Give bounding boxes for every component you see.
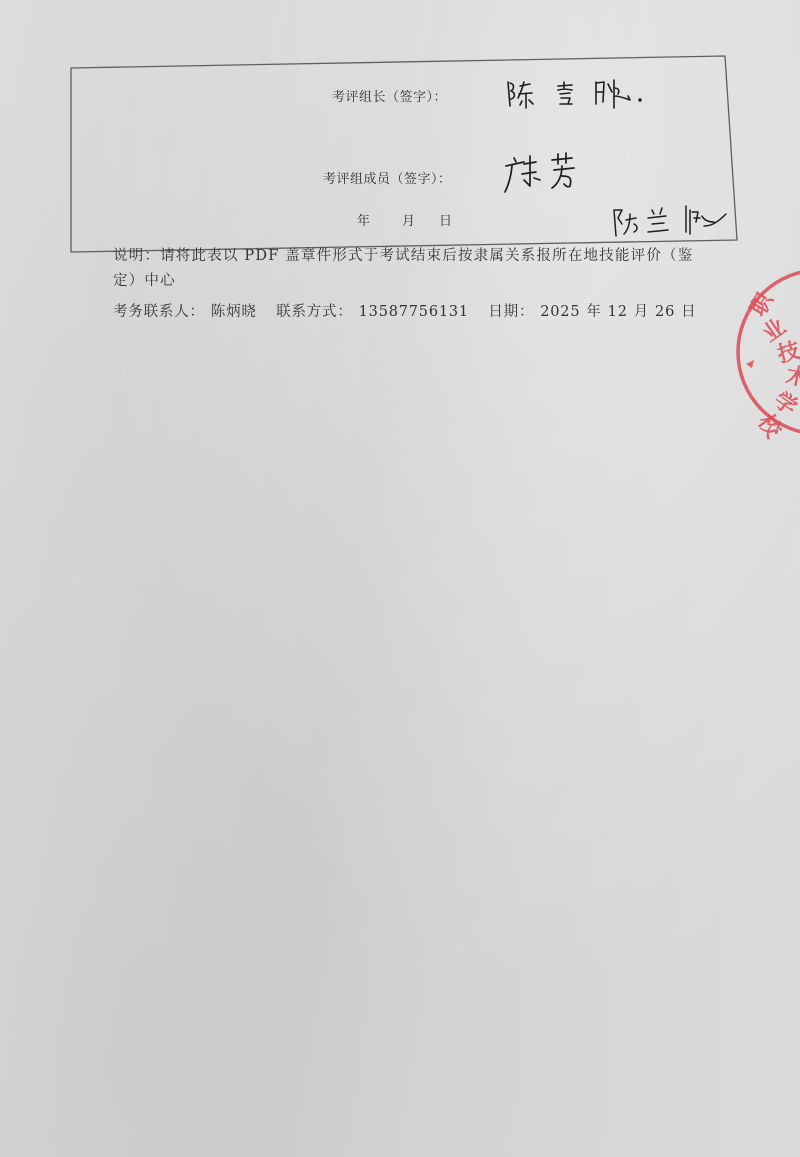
contact-line: 考务联系人：陈炳晓 联系方式：13587756131 日期：2025年12月26… (113, 300, 702, 321)
svg-text:术: 术 (783, 362, 800, 392)
date-year-label: 年 (357, 210, 371, 229)
contact-date-month: 12 (608, 304, 628, 320)
contact-date-label: 日期： (488, 304, 534, 320)
contact-date-month-unit: 月 (634, 304, 649, 320)
svg-text:职: 职 (745, 288, 779, 321)
svg-text:业: 业 (758, 314, 791, 348)
members-signature-label: 考评组成员（签字）： (323, 168, 452, 187)
official-seal: 职 业 技 术 学 校 (730, 262, 800, 442)
leader-signature-label: 考评组长（签字）： (332, 86, 447, 105)
svg-text:学: 学 (769, 387, 800, 421)
contact-method-label: 联系方式： (276, 304, 353, 320)
date-day-label: 日 (439, 210, 453, 229)
contact-date-day-unit: 日 (681, 304, 696, 320)
member-signature-1 (500, 150, 590, 200)
contact-person-label: 考务联系人： (113, 304, 205, 320)
instruction-note: 说明：请将此表以 PDF 盖章件形式于考试结束后按隶属关系报所在地技能评价（鉴定… (113, 244, 713, 294)
leader-signature (500, 74, 660, 114)
contact-date-day: 26 (655, 304, 675, 320)
member-signature-2 (608, 202, 733, 242)
svg-text:技: 技 (775, 337, 800, 368)
contact-phone: 13587756131 (359, 304, 469, 320)
contact-person-name: 陈炳晓 (211, 304, 257, 320)
date-month-label: 月 (402, 210, 416, 229)
contact-date-year-unit: 年 (586, 304, 601, 320)
svg-text:校: 校 (752, 409, 787, 442)
contact-date-year: 2025 (540, 304, 580, 320)
